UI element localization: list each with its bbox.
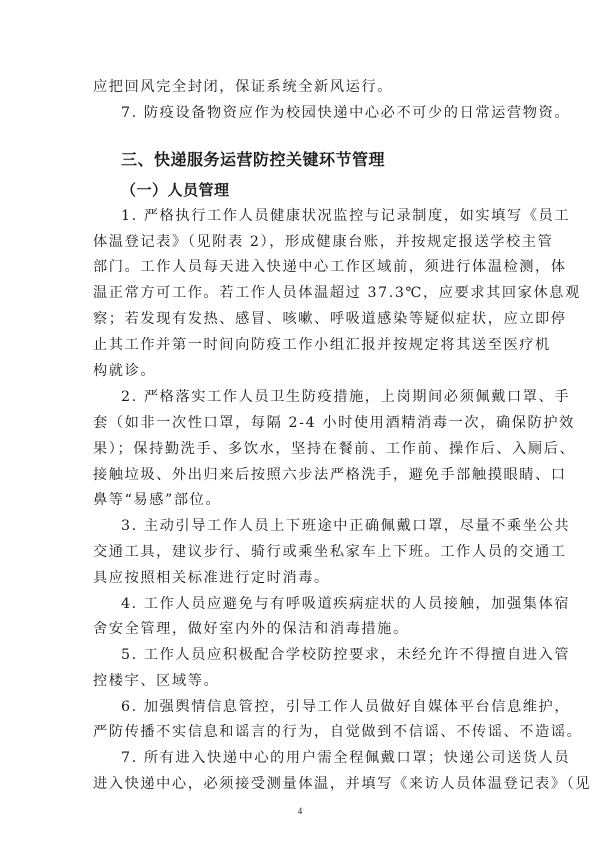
- paragraph-3-line: 交通工具，建议步行、骑行或乘坐私家车上下班。工作人员的交通工: [93, 543, 513, 561]
- paragraph-1-line: 察；若发现有发热、感冒、咳嗽、呼吸道感染等疑似症状，应立即停: [93, 310, 513, 328]
- paragraph-1-line: 构就诊。: [93, 362, 513, 380]
- paragraph-5-line: 控楼宇、区域等。: [93, 672, 513, 690]
- paragraph-4-line: 舍安全管理，做好室内外的保洁和消毒措施。: [93, 620, 513, 638]
- paragraph-2-line: 果）；保持勤洗手、多饮水，坚持在餐前、工作前、操作后、入厕后、: [93, 440, 513, 458]
- subsection-heading: （一）人员管理: [121, 180, 230, 200]
- paragraph-1-line: 部门。工作人员每天进入快递中心工作区域前，须进行体温检测，体: [93, 258, 513, 276]
- paragraph-4-line: 4. 工作人员应避免与有呼吸道疾病症状的人员接触，加强集体宿: [121, 595, 513, 613]
- paragraph-1-line: 止其工作并第一时间向防疫工作小组汇报并按规定将其送至医疗机: [93, 336, 513, 354]
- document-page: 应把回风完全封闭，保证系统全新风运行。 7. 防疫设备物资应作为校园快递中心必不…: [0, 0, 600, 848]
- paragraph-6-line: 严防传播不实信息和谣言的行为，自觉做到不信谣、不传谣、不造谣。: [93, 723, 513, 741]
- paragraph-1-line: 温正常方可工作。若工作人员体温超过 37.3℃，应要求其回家休息观: [93, 284, 513, 302]
- page-number: 4: [0, 806, 600, 816]
- paragraph-2-line: 套（如非一次性口罩，每隔 2-4 小时使用酒精消毒一次，确保防护效: [93, 414, 513, 432]
- paragraph-7-line: 7. 所有进入快递中心的用户需全程佩戴口罩；快递公司送货人员: [121, 749, 513, 767]
- paragraph-1-line: 体温登记表》（见附表 2），形成健康台账，并按规定报送学校主管: [93, 233, 513, 251]
- paragraph-3-line: 具应按照相关标准进行定时消毒。: [93, 569, 513, 587]
- body-line: 7. 防疫设备物资应作为校园快递中心必不可少的日常运营物资。: [121, 104, 513, 122]
- section-heading: 三、快递服务运营防控关键环节管理: [121, 150, 385, 170]
- body-line: 应把回风完全封闭，保证系统全新风运行。: [93, 78, 513, 96]
- paragraph-6-line: 6. 加强舆情信息管控，引导工作人员做好自媒体平台信息维护，: [121, 698, 513, 716]
- paragraph-2-line: 鼻等“易感”部位。: [93, 491, 513, 509]
- paragraph-5-line: 5. 工作人员应积极配合学校防控要求，未经允许不得擅自进入管: [121, 646, 513, 664]
- paragraph-7-line: 进入快递中心，必须接受测量体温，并填写《来访人员体温登记表》（见: [93, 775, 513, 793]
- paragraph-1-line: 1. 严格执行工作人员健康状况监控与记录制度，如实填写《员工: [121, 207, 513, 225]
- paragraph-2-line: 2. 严格落实工作人员卫生防疫措施，上岗期间必须佩戴口罩、手: [121, 388, 513, 406]
- paragraph-3-line: 3. 主动引导工作人员上下班途中正确佩戴口罩，尽量不乘坐公共: [121, 517, 513, 535]
- paragraph-2-line: 接触垃圾、外出归来后按照六步法严格洗手，避免手部触摸眼睛、口: [93, 466, 513, 484]
